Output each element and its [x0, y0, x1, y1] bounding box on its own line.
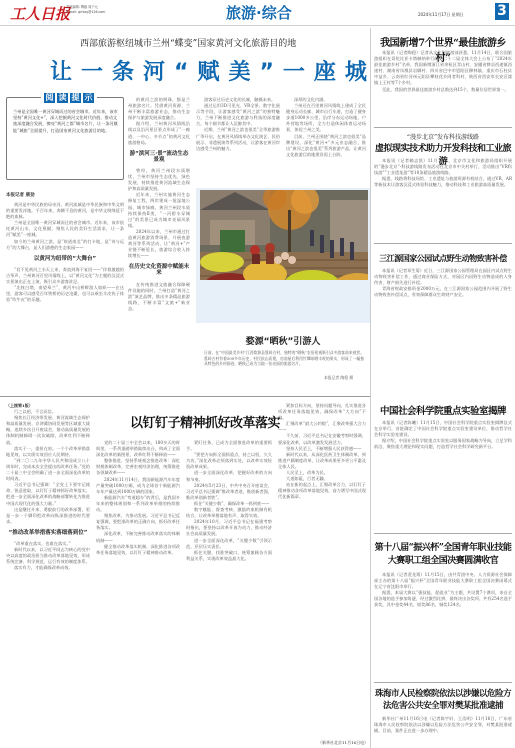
- paragraph: 近年来，兰州实施黄河生态修复工程，两岸建成一批湿地公园、城市绿廊，黄河兰州段水质…: [128, 192, 190, 229]
- article-body-vr-tourism: 本报讯（记者赖志凯）11月14日，北京市文化和旅游局组织开展的“漫步北京”-科技…: [374, 158, 512, 240]
- paragraph: 据介绍，中国社会科学院重点实验室以服务国家战略为导向，立足学科前沿，聚焦重大理论…: [374, 438, 512, 450]
- article-headline-zhuhai: 珠海市人民检察院依法以涉嫌以危险方法危害公共安全罪对樊某批准逮捕: [374, 688, 512, 712]
- bottom-column-2: 党的二十届三中全会以来，180多天的时间里，一系列重磅举措陆续出台，构成了全面深…: [96, 440, 180, 748]
- paragraph: 黄河是中华民族的母亲河。黄河流域是中华民族和中华文明的重要发祥地。千百年来，奔腾…: [6, 202, 124, 220]
- paragraph: 本报讯（记者陈曦）11月15日，中国社会科学院重点实验室揭牌仪式在京举行，首批确…: [374, 420, 512, 438]
- paragraph: 青海省财政安排资金2000万元，在三江源国家公园范围内开展了野生动物致害补偿试点…: [374, 286, 512, 298]
- paragraph: 本报讯（记者裴龙翔）11月15日，由共青团中央、人力资源社会保障部主办的第十八届…: [374, 572, 512, 590]
- article-headline-zhenxing-cup: 第十八届“振兴杯”全国青年职业技能大赛职工组全国决赛圆满收官: [374, 542, 512, 568]
- lead-column-2: 的黄河之滨的明珠，都是兰州旅游名片。凭借黄河资源，兰州不断丰富旅游业态，推动生态…: [128, 97, 190, 392]
- issue-date: 2024年11月17日 星期日: [418, 12, 464, 18]
- paragraph: 整体推进，坚持系统观念推进改革：深化财税体制改革，完善宏观经济治理，统筹推进各领…: [96, 458, 180, 476]
- article-kicker-beijing: “漫步北京”发布科技游线路: [374, 132, 512, 141]
- paragraph: 新华社广州11月16日电（记者陈宇轩、王浩明）11月16日，广东省珠海市人民检察…: [374, 716, 512, 734]
- editor-email: E-mail: grrbzy@126.com: [66, 10, 116, 15]
- paragraph: 本报讯（记者陶稳）记者从文化和旅游部获悉，11月14日，联合国旅游组织在哥伦比亚…: [374, 50, 512, 87]
- paragraph: 聚焦改革，为推动发展。习近平总书记反复强调，要把准改革的正确方向，抓好改革任务落…: [96, 513, 180, 531]
- photo-harvest-drying: [200, 190, 368, 280]
- paragraph: 聚焦长江经济带发展、黄河流域生态保护和高质量发展、京津冀协同发展等区域重大战略，…: [6, 415, 90, 445]
- paragraph: 落实于一，重担在肩。一个个改革举措落地见效，以实绩实效回应人民期待。: [6, 446, 90, 458]
- paragraph: 习近平总书记强调：“全党上下要牢记使命、锐意进取，以钉钉子精神抓好改革落实，把进…: [6, 482, 90, 506]
- article-body-zhenxing-cup: 本报讯（记者裴龙翔）11月15日，由共青团中央、人力资源社会保障部主办的第十八届…: [374, 572, 512, 676]
- paragraph: 这是继往开来、勇毅前行的改革部署，更是一步一个脚印把改革向纵深推进的时代要求。: [6, 507, 90, 525]
- paragraph: 2024年以来，兰州市通过打造黄河旅游消费场景、开展夜游黄河等系列活动，让“黄河…: [128, 229, 190, 259]
- paragraph: “到二〇二九年中华人民共和国成立八十周年时，完成本次全会提出的改革任务。”党的二…: [6, 458, 90, 482]
- reading-tips-box: 阅 读 提 示 兰州是全国唯一黄河穿城而过的省会城市。近年来，该市坚持“黄河文化…: [6, 97, 124, 180]
- reading-tips-title: 阅 读 提 示: [41, 93, 97, 103]
- paragraph: 据悉，本届大赛以“强技能、促就业”为主题，共设置7个赛项，来自全国各地的选手参加…: [374, 590, 512, 608]
- column-divider: [370, 28, 371, 748]
- reading-tips-text: 兰州是全国唯一黄河穿城而过的省会城市。近年来，该市坚持“黄河文化+”，深入挖掘黄…: [13, 109, 119, 134]
- end-note: （新华社北京11月16日电）: [318, 740, 368, 746]
- paragraph: 健全推动改革落实机制，深化推进各项改革任务落地见效，以钉钉子精神推动改革。: [96, 544, 180, 556]
- paragraph: 新能源汽车“弯道超车”的背后，是我国多年来的整体规划和一系列改革举措的持续推动。: [96, 495, 180, 513]
- divider: [374, 682, 512, 683]
- paragraph: 不久前，习近平总书记在安徽考察时强调，要深化改革，以改革激发发展活力。: [278, 433, 366, 445]
- article-body-cass-lab: 本报讯（记者陈曦）11月15日，中国社会科学院重点实验室揭牌仪式在京举行，首批确…: [374, 420, 512, 528]
- paragraph: 2024年10月，习近平总书记在福建考察时指出，要坚持以改革开放为动力，推动经济…: [186, 519, 272, 537]
- bottom-column-4: 紧扣目标方向，坚持问题导向，扎实推进各项改革任务落地见效，确保改革“大方向”不偏…: [278, 403, 366, 743]
- paragraph: 曾经，黄河兰州段水质堪忧，兰州市坚持生态优先、绿色发展，持续推进黄河流域生态保护…: [128, 168, 190, 192]
- lead-column-4: 深厚的文化内涵。 兰州还在百里黄河风情线上建成了全民健身运动长廊、城市自行车道，…: [286, 97, 366, 183]
- section-divider: [0, 396, 370, 397]
- divider: [374, 243, 512, 244]
- bottom-column-3: 紧盯任务，已成为全面推进改革的重要抓手。 “要把方向抓全面抓重点，持之以恒，久久…: [186, 440, 272, 748]
- newspaper-logo: 工人日报: [10, 3, 70, 24]
- lead-subhead-3: 在历史文化资源中赋能未来: [128, 264, 190, 276]
- paragraph: 紧扣目标方向，坚持问题导向，扎实推进各项改革任务落地见效，确保改革“大方向”不偏…: [278, 403, 366, 421]
- page-number-badge: 3: [495, 3, 509, 20]
- bottom-article-headline: 以钉钉子精神抓好改革落实: [130, 412, 240, 431]
- photo-illustration: [200, 190, 368, 280]
- paragraph: 数字赋能、督查考核、激励约束机制有机结合，让改革举措落地有声、取得实效。: [186, 507, 272, 519]
- paragraph: 据悉，线路将科技场馆、工业遗址与旅游资源有机结合，通过VR、AR等新技术让游客沉…: [374, 176, 512, 188]
- paragraph: 新时代以来，以习近平同志为核心的党中央以高度的政治担当推动改革落地见效，形成系统…: [6, 547, 90, 565]
- editor-credits: 责任编辑: 陶稳 周子元 E-mail: grrbzy@126.com: [66, 5, 116, 14]
- article-headline-sanjiangyuan: 三江源国家公园试点野生动物致害补偿: [374, 253, 512, 264]
- lead-subhead-1: 以黄河为纽带的“大舞台”: [6, 256, 124, 262]
- paragraph: 汇聚改革“最大公约数”，汇聚改革强大合力——: [278, 421, 366, 433]
- bottom-subhead: “推动改革举措落实落细落到位”: [6, 530, 90, 536]
- divider: [374, 533, 512, 534]
- paragraph: 进一步全面深化改革，把握好改革的方向和节奏。: [186, 470, 272, 482]
- paragraph: 通过运用3D可见光、VR全景、数字化展示等手段，让游客感受“黄河之滨”的独特魅力…: [196, 103, 280, 127]
- section-title: 旅游·综合: [226, 2, 292, 23]
- paragraph: “要把方向抓全面抓重点，持之以恒，久久为功。”深化改革必须落到实处，以改革实效检…: [186, 452, 272, 470]
- paragraph: 的黄河之滨的明珠，都是兰州旅游名片。凭借黄河资源，兰州不断丰富旅游业态，推动生态…: [128, 97, 190, 121]
- paragraph: 站在新的起点上，汇聚改革合力，以钉钉子精神推动各项改革落地见效，奋力谱写中国式现…: [278, 482, 366, 500]
- bottom-column-1: （上接第1版） 行之以躬，不言而信。 聚焦长江经济带发展、黄河流域生态保护和高质…: [6, 403, 90, 748]
- paragraph: 兰州是全国唯一黄河穿城而过的省会城市。近年来，该市依托黄河山水、文化禀赋，聚焦人…: [6, 220, 124, 238]
- lead-kicker: 西部旅游枢纽城市兰州“蝶变”国家黄河文化旅游目的地: [80, 36, 296, 49]
- paragraph: 兰州还在百里黄河风情线上建成了全民健身运动长廊、城市自行车道，打造了健身步道10…: [286, 103, 366, 133]
- lead-column-3: 游客穿过历史文化的长廊，触摸未来。 通过运用3D可见光、VR全景、数字化展示等手…: [196, 97, 280, 183]
- reading-tips-char: 提: [70, 93, 81, 103]
- paragraph: 深化改革，不断完善推动改革落实的体制机制——: [96, 531, 180, 543]
- photo-caption-text: 日前，在“中国最美乡村”江西婺源县篁岭古村，独特的“晒秋”农俗景观吸引众多游客前…: [204, 350, 364, 372]
- article-body-zhuhai: 新华社广州11月16日电（记者陈宇轩、王浩明）11月16日，广东省珠海市人民检察…: [374, 716, 512, 746]
- paragraph: 据介绍，兰州黄河风情线沿线以及沿河景区景点形成了“一廊道、一中心、多节点”的黄河…: [128, 121, 190, 145]
- lead-byline: 本报记者 康劲: [6, 192, 35, 198]
- paragraph: “君不见黄河之水天上来，奔流到海不复回——”伴着激越的古筝声，兰州黄河百里风情线…: [6, 267, 124, 285]
- reading-tips-char: 读: [57, 93, 68, 103]
- photo-credit: 本报记者 陶稳 摄: [324, 375, 353, 381]
- paragraph: 如今的兰州黄河之滨，是“故道南北”的打卡地，是“诗与远方”的大舞台，是人们游憩的…: [6, 239, 124, 251]
- paragraph: 在传统推进文旅融合保障硬件设施的同时，兰州打造“黄河之滨”演艺品牌，推出多条精品…: [128, 282, 190, 312]
- paragraph: “北枕白塔，南望皋兰”，黄河中山桥畔游人如织——在这里，游客可以感受百年铁桥的历…: [6, 285, 124, 303]
- paragraph: 至此，我国的世界最佳旅游乡村总数达到15个，数量位居世界第一。: [374, 87, 512, 93]
- paragraph: 坚持人民至上，不断增强人民获得感——: [278, 446, 366, 452]
- paragraph: 紧盯任务，已成为全面推进改革的重要抓手。: [186, 440, 272, 452]
- paragraph: 党的二十届三中全会以来，180多天的时间里，一系列重磅举措陆续出台，构成了全面深…: [96, 440, 180, 458]
- paragraph: 2024年11月14日，我国新能源汽车年度产量突破1000万辆，成为全球首个新能…: [96, 477, 180, 495]
- paragraph: 新时代以来，从深化医药卫生体制改革，到推进户籍制度改革，让改革成果更多更公平惠及…: [278, 452, 366, 470]
- paragraph: 2024年5月23日，中共中央召开座谈会，习近平总书记强调“惟改革者进，惟创新者…: [186, 483, 272, 501]
- reading-tips-char: 阅: [44, 93, 55, 103]
- lead-subhead-2: 游“滨河三·景”流动生态景观: [128, 151, 190, 163]
- paragraph: 本报讯（记者邓生菊）近日，三江源国家公园管理局在园区内试点野生动物致害补偿工作，…: [374, 268, 512, 286]
- paragraph: 落实有力，才能确保改革成效。: [6, 565, 90, 571]
- lead-headline: 让一条河“赋美”一座城: [50, 55, 376, 86]
- divider: [374, 127, 512, 128]
- paragraph: 目前，兰州正围绕“黄河之滨也很美”品牌建设，深化“黄河+”多元业态融合，推出“黄…: [286, 134, 366, 158]
- paragraph: 进一步全面深化改革，“关键少数”引领示范、层层压实责任。: [186, 538, 272, 550]
- lead-column-1: 黄河是中华民族的母亲河。黄河流域是中华民族和中华文明的重要发祥地。千百年来，奔腾…: [6, 202, 124, 392]
- masthead: 工人日报 责任编辑: 陶稳 周子元 E-mail: grrbzy@126.com…: [0, 0, 515, 26]
- photo-caption-title: 婺源“晒秋”引游人: [196, 334, 370, 347]
- article-body-rural-tourism: 本报讯（记者陶稳）记者从文化和旅游部获悉，11月14日，联合国旅游组织在哥伦比亚…: [374, 50, 512, 126]
- paragraph: 抓住关键，找准突破口，统筹兼顾各方面利益关系，实现改革效益最大化。: [186, 550, 272, 562]
- reading-tips-char: 示: [83, 93, 94, 103]
- paragraph: 近期，兰州“黄河之滨也很美”全季旅游推广季开启，在黄河风情线举办文化演艺、民俗展…: [196, 127, 280, 151]
- paragraph: 本报讯（记者赖志凯）11月14日，北京市文化和旅游局组织开展的“漫步北京”-科技…: [374, 158, 512, 176]
- article-headline-cass-lab: 中国社会科学院重点实验室揭牌: [374, 403, 512, 417]
- article-body-sanjiangyuan: 本报讯（记者邓生菊）近日，三江源国家公园管理局在园区内试点野生动物致害补偿工作，…: [374, 268, 512, 388]
